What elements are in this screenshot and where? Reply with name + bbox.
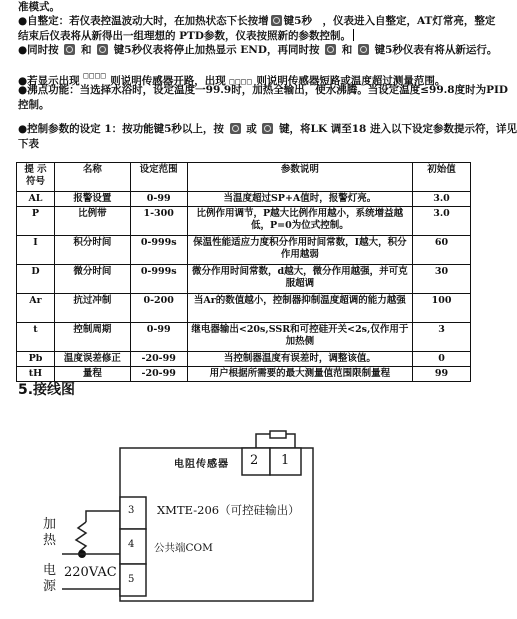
header-range: 设定范围: [130, 163, 187, 192]
cell-init: 3.0: [413, 207, 471, 236]
table-row: tH 量程 -20-99 用户根据所需要的最大测量值范围限制量程 99: [17, 367, 471, 382]
cell-symbol: Ar: [17, 294, 55, 323]
table-row: D 微分时间 0-999s 微分作用时间常数，d越大，微分作用越强，并可克服超调…: [17, 265, 471, 294]
cell-symbol: t: [17, 323, 55, 352]
header-symbol: 提 示 符号: [17, 163, 55, 192]
cell-range: 0-999s: [130, 236, 187, 265]
down-key-icon: [325, 44, 336, 55]
terminal-1: 1: [281, 453, 289, 468]
cell-name: 温度误差修正: [54, 352, 130, 367]
down-key-icon: [262, 123, 273, 134]
cell-init: 99: [413, 367, 471, 382]
autotune-paragraph-cont: 结束后仪表将从新得出一组理想的 PTD参数，仪表按照新的参数控制。: [18, 29, 354, 44]
cell-name: 比例带: [54, 207, 130, 236]
up-key-icon: [358, 44, 369, 55]
header-desc: 参数说明: [187, 163, 412, 192]
parameter-table: 提 示 符号 名称 设定范围 参数说明 初始值 AL 报警设置 0-99 当温度…: [16, 162, 471, 382]
down-key-icon: [64, 44, 75, 55]
cell-desc: 当Ar的数值越小，控制器抑制温度超调的能力越强: [187, 294, 412, 323]
model-label: XMTE-206（可控硅输出）: [157, 502, 300, 518]
cell-desc: 继电器输出<20s,SSR和可控硅开关<2s,仅作用于加热侧: [187, 323, 412, 352]
cell-desc: 当温度超过SP+A值时，报警灯亮。: [187, 192, 412, 207]
cell-range: 1-300: [130, 207, 187, 236]
cell-desc: 微分作用时间常数，d越大，微分作用越强，并可克服超调: [187, 265, 412, 294]
up-key-icon: [97, 44, 108, 55]
cell-range: 0-999s: [130, 265, 187, 294]
power-label-1: 电: [43, 559, 56, 578]
doc-line-0: 准模式。: [18, 0, 60, 15]
cell-range: 0-99: [130, 192, 187, 207]
cell-name: 积分时间: [54, 236, 130, 265]
header-init: 初始值: [413, 163, 471, 192]
cell-symbol: P: [17, 207, 55, 236]
open-circuit-display: □□□□: [83, 68, 106, 83]
terminal-4: 4: [128, 539, 134, 550]
cell-range: -20-99: [130, 367, 187, 382]
down-key-icon: [271, 15, 282, 26]
cell-desc: 保温性能适应力度积分作用时间常数，I越大，积分作用越弱: [187, 236, 412, 265]
up-key-icon: [230, 123, 241, 134]
cell-init: 0: [413, 352, 471, 367]
heater-label-1: 加: [43, 513, 56, 532]
cell-init: 3.0: [413, 192, 471, 207]
cell-name: 抗过冲制: [54, 294, 130, 323]
table-row: P 比例带 1-300 比例作用调节，P越大比例作用越小，系统增益越低，P=0为…: [17, 207, 471, 236]
cell-symbol: AL: [17, 192, 55, 207]
stop-paragraph: ●同时按 和 键5秒仪表将停止加热显示 END，再同时按 和 键5秒仪表有将从新…: [18, 43, 497, 58]
power-label-2: 源: [43, 575, 56, 594]
cell-name: 微分时间: [54, 265, 130, 294]
section-5-title: 5.接线图: [18, 379, 75, 399]
param-paragraph: ●控制参数的设定 1：按功能键5秒以上，按 或 键，将LK 调至18 进入以下设…: [18, 122, 517, 137]
cell-range: 0-99: [130, 323, 187, 352]
cell-name: 控制周期: [54, 323, 130, 352]
table-row: Ar 抗过冲制 0-200 当Ar的数值越小，控制器抑制温度超调的能力越强 10…: [17, 294, 471, 323]
cell-range: 0-200: [130, 294, 187, 323]
cell-name: 报警设置: [54, 192, 130, 207]
autotune-paragraph: ●自整定：若仪表控温波动大时，在加热状态下长按增键5秒 ，仪表进入自整定，AT灯…: [18, 14, 495, 29]
cell-symbol: Pb: [17, 352, 55, 367]
table-row: Pb 温度误差修正 -20-99 当控制器温度有误差时，调整该值。 0: [17, 352, 471, 367]
cell-symbol: I: [17, 236, 55, 265]
sensor-label: 电阻传感器: [174, 455, 229, 470]
heater-label-2: 热: [43, 529, 56, 548]
param-paragraph-cont: 下表: [18, 137, 39, 152]
boil-paragraph-cont: 控制。: [18, 98, 50, 113]
cell-desc: 当控制器温度有误差时，调整该值。: [187, 352, 412, 367]
cell-desc: 用户根据所需要的最大测量值范围限制量程: [187, 367, 412, 382]
terminal-5: 5: [128, 574, 134, 585]
cell-desc: 比例作用调节，P越大比例作用越小，系统增益越低，P=0为位式控制。: [187, 207, 412, 236]
com-label: 公共端COM: [154, 540, 213, 555]
header-name: 名称: [54, 163, 130, 192]
terminal-3: 3: [128, 505, 134, 516]
cell-init: 60: [413, 236, 471, 265]
voltage-label: 220VAC: [64, 565, 117, 580]
cell-init: 30: [413, 265, 471, 294]
cell-range: -20-99: [130, 352, 187, 367]
cell-symbol: D: [17, 265, 55, 294]
text-cursor: [353, 29, 355, 41]
table-row: I 积分时间 0-999s 保温性能适应力度积分作用时间常数，I越大，积分作用越…: [17, 236, 471, 265]
table-row: t 控制周期 0-99 继电器输出<20s,SSR和可控硅开关<2s,仅作用于加…: [17, 323, 471, 352]
terminal-2: 2: [250, 453, 258, 468]
table-row: AL 报警设置 0-99 当温度超过SP+A值时，报警灯亮。 3.0: [17, 192, 471, 207]
cell-init: 3: [413, 323, 471, 352]
boil-paragraph: ●沸点功能：当选择水浴时，设定温度一99.9时，加热全输出，使水沸腾。当设定温度…: [18, 83, 508, 98]
cell-init: 100: [413, 294, 471, 323]
table-header-row: 提 示 符号 名称 设定范围 参数说明 初始值: [17, 163, 471, 192]
